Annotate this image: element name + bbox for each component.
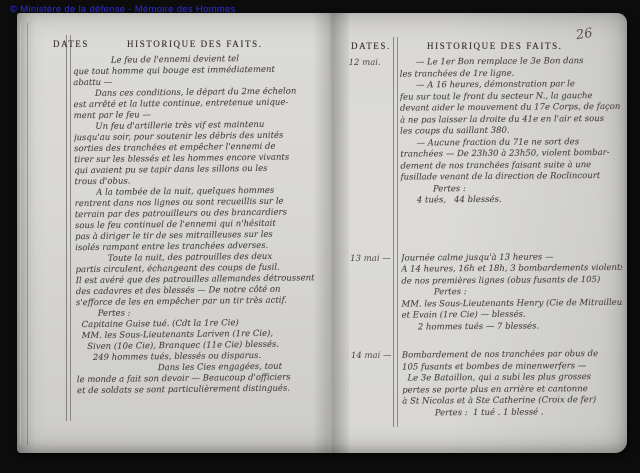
- handwriting-line: de nos premières lignes (obus fusants de…: [401, 274, 622, 287]
- entry-lines: Le feu de l'ennemi devient telque tout h…: [73, 53, 326, 397]
- handwriting-line: 4 tués, 44 blessés.: [401, 194, 622, 207]
- left-page-entries: Le feu de l'ennemi devient telque tout h…: [15, 53, 326, 398]
- journal-entry: Le feu de l'ennemi devient telque tout h…: [15, 53, 326, 398]
- entry-lines: Bombardement de nos tranchées par obus d…: [402, 349, 624, 420]
- handwriting-line: à ne pas laisser la droite du 41e en l'a…: [400, 113, 621, 126]
- journal-entry: 14 mai —Bombardement de nos tranchées pa…: [330, 349, 624, 420]
- handwriting-line: et de soldats se sont particulièrement d…: [77, 383, 326, 397]
- entry-lines: — Le 1er Bon remplace le 3e Bon dansles …: [400, 56, 622, 207]
- handwriting-line: 2 hommes tués — 7 blessés.: [402, 320, 623, 333]
- right-page-entries: 12 mai. — Le 1er Bon remplace le 3e Bon …: [328, 56, 624, 420]
- handwriting-line: Pertes : 1 tué . 1 blessé .: [402, 406, 623, 419]
- folio-page-number: 26: [575, 26, 594, 43]
- handwriting-line: fusillade venant de la direction de Rocl…: [400, 171, 621, 184]
- handwriting-line: à St Nicolas et à Ste Catherine (Croix d…: [402, 395, 623, 408]
- journal-entry: 13 mai —Journée calme jusqu'à 13 heures …: [329, 251, 623, 334]
- historique-column-header: HISTORIQUE DES FAITS.: [427, 41, 563, 51]
- journal-entry: 12 mai. — Le 1er Bon remplace le 3e Bon …: [328, 56, 622, 208]
- dates-column-header: DATES.: [351, 41, 391, 51]
- scanned-document-viewer: { "watermark": "© Ministère de la défens…: [0, 0, 640, 473]
- journal-page-right: DATES. HISTORIQUE DES FAITS. 26 12 mai. …: [329, 13, 627, 453]
- scanned-journal-spread: DATES HISTORIQUE DES FAITS. Le feu de l'…: [17, 13, 627, 453]
- handwriting-line: Le 3e Bataillon, qui a subi les plus gro…: [402, 372, 623, 385]
- dates-column-header: DATES: [53, 39, 89, 49]
- historique-column-header: HISTORIQUE DES FAITS.: [127, 39, 263, 49]
- journal-page-left: DATES HISTORIQUE DES FAITS. Le feu de l'…: [17, 13, 329, 453]
- handwriting-line: Bombardement de nos tranchées par obus d…: [402, 349, 623, 362]
- entry-lines: Journée calme jusqu'à 13 heures —À 14 he…: [401, 251, 623, 333]
- binding-gutter-shadow: [313, 13, 349, 453]
- handwriting-line: MM. les Sous-Lieutenants Henry (Cie de M…: [401, 297, 622, 310]
- entry-date: [15, 56, 77, 398]
